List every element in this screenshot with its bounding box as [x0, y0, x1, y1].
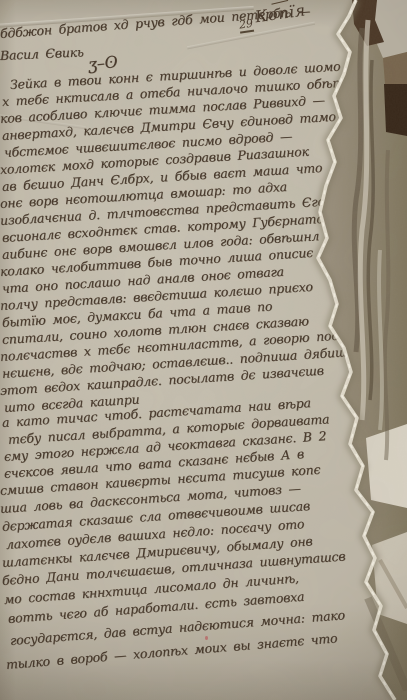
manuscript-text: 29Копїя бдбжон братов хд рчув гдб мои пе… — [0, 0, 407, 700]
manuscript-line: Васил Євикь — [0, 45, 84, 63]
red-ink-speck — [205, 636, 208, 640]
manuscript-photo: 29Копїя бдбжон братов хд рчув гдб мои пе… — [0, 0, 407, 700]
manuscript-line: ʒ–ʘ — [87, 55, 118, 72]
